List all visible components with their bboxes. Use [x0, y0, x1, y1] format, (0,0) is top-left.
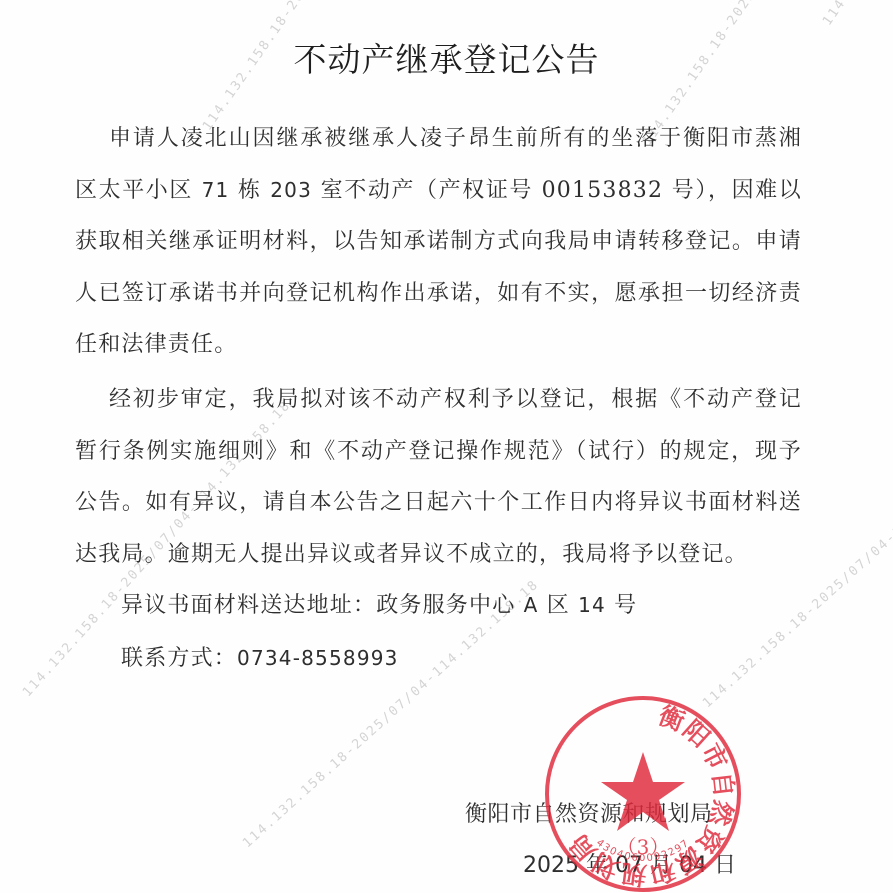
notice-page: 114.132.158.18-2025/07/04-114.132.158.18… [0, 0, 893, 893]
paragraph-text: 室不动产（产权证号 00153832 号），因难以获取相关继承证明材料，以告知承… [75, 178, 802, 358]
date-day: 04 [679, 853, 707, 878]
signing-date: 2025 年 07 月 04 日 [523, 848, 736, 879]
objection-address: 异议书面材料送达地址：政务服务中心 A 区 14 号 [121, 588, 637, 619]
contact-phone: 0734-8558993 [237, 646, 399, 670]
address-value: 政务服务中心 [376, 593, 523, 618]
date-unit: 年 [579, 853, 615, 878]
date-unit: 日 [707, 853, 736, 878]
address-label: 异议书面材料送达地址： [121, 593, 376, 618]
paragraph-review: 经初步审定，我局拟对该不动产权利予以登记，根据《不动产登记暂行条例实施细则》和《… [75, 374, 802, 580]
address-zone: A [524, 593, 539, 617]
watermark-text: 114.132.158.18-2025/07/04-114.132.158.18 [820, 0, 893, 29]
paragraph-application: 申请人凌北山因继承被继承人凌子昂生前所有的坐落于衡阳市蒸湘区太平小区 71 栋 … [75, 113, 802, 371]
signing-organization: 衡阳市自然资源和规划局 [465, 797, 713, 828]
address-number: 14 [578, 593, 606, 617]
date-year: 2025 [523, 853, 579, 878]
room-number: 203 [270, 178, 312, 202]
address-value: 区 [539, 593, 579, 618]
paragraph-text: 栋 [229, 178, 270, 203]
building-number: 71 [202, 178, 230, 202]
contact-label: 联系方式： [121, 646, 237, 671]
address-value: 号 [606, 593, 637, 618]
contact-info: 联系方式：0734-8558993 [121, 641, 399, 672]
date-month: 07 [615, 853, 643, 878]
date-unit: 月 [643, 853, 679, 878]
document-title: 不动产继承登记公告 [0, 34, 893, 81]
